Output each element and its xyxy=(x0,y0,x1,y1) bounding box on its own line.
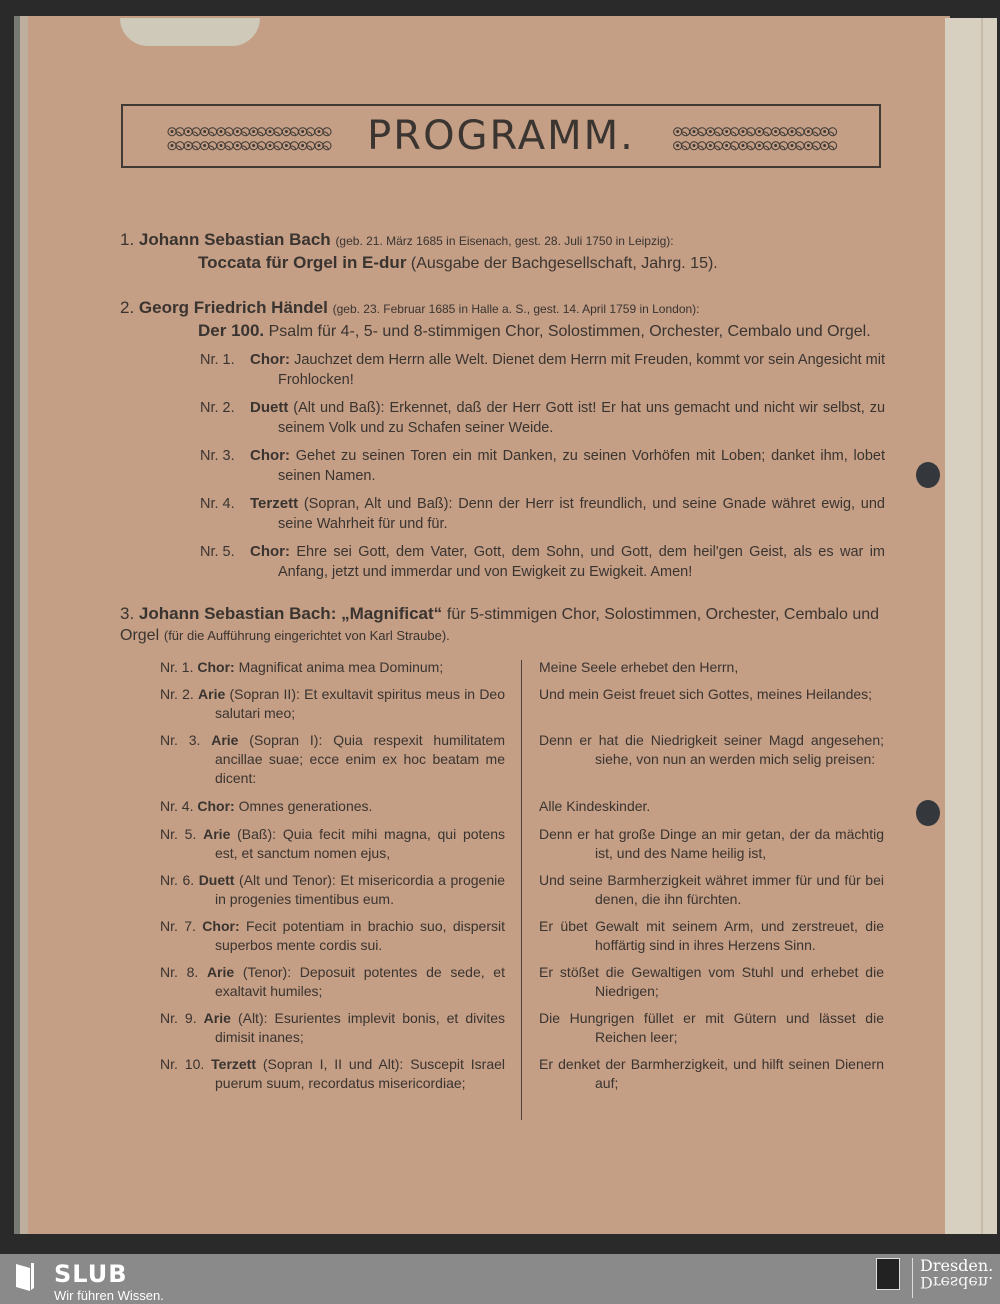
movement-number: Nr. 3. xyxy=(200,446,250,466)
movement-voices: (Sopran I, II und Alt): xyxy=(263,1056,403,1072)
german-translation: Die Hungrigen füllet er mit Gütern und l… xyxy=(539,1009,884,1055)
movement-item: Nr. 4.Terzett (Sopran, Alt und Baß): Den… xyxy=(160,494,885,534)
binding-strip xyxy=(945,18,997,1234)
movement-voices: (Tenor): xyxy=(243,964,291,980)
composer-name: Georg Friedrich Händel xyxy=(139,298,328,317)
movement-voices: (Alt und Tenor): xyxy=(239,872,336,888)
movement-number: Nr. 10. xyxy=(160,1056,204,1072)
latin-movement: Nr. 7. Chor: Fecit potentiam in brachio … xyxy=(160,917,505,963)
slub-brand[interactable]: SLUB xyxy=(54,1260,128,1288)
movement-number: Nr. 9. xyxy=(160,1010,197,1026)
work-title: Toccata für Orgel in E-dur xyxy=(198,253,406,272)
movement-number: Nr. 8. xyxy=(160,964,198,980)
movement-voices: (Sopran, Alt und Baß): xyxy=(304,496,453,512)
movement-type: Duett xyxy=(199,872,235,888)
german-translation: Denn er hat die Niedrigkeit seiner Magd … xyxy=(539,731,884,797)
movement-voices: (Alt): xyxy=(238,1010,268,1026)
item-number: 2. xyxy=(120,298,134,317)
work-note: (für die Aufführung eingerichtet von Kar… xyxy=(164,628,450,643)
movement-item: Nr. 5.Chor: Ehre sei Gott, dem Vater, Go… xyxy=(160,542,885,582)
movement-item: Nr. 2.Duett (Alt und Baß): Erkennet, daß… xyxy=(160,398,885,438)
page-title: PROGRAMM. xyxy=(367,113,635,159)
footer-divider xyxy=(912,1258,913,1298)
program-item-3: 3. Johann Sebastian Bach: „Magnificat“ f… xyxy=(120,604,885,1121)
punch-hole xyxy=(916,462,940,488)
program-item-2: 2. Georg Friedrich Händel (geb. 23. Febr… xyxy=(120,298,885,582)
movement-number: Nr. 6. xyxy=(160,872,194,888)
latin-movement: Nr. 3. Arie (Sopran I): Quia respexit hu… xyxy=(160,731,505,797)
movement-text: Ehre sei Gott, dem Vater, Gott, dem Sohn… xyxy=(278,544,885,580)
work-title: Der 100. xyxy=(198,321,264,340)
latin-movement: Nr. 6. Duett (Alt und Tenor): Et miseric… xyxy=(160,871,505,917)
german-translation: Und mein Geist freuet sich Gottes, meine… xyxy=(539,685,884,731)
tape-remnant xyxy=(120,18,260,46)
slub-book-icon[interactable] xyxy=(14,1262,36,1292)
movement-type: Arie xyxy=(207,964,234,980)
magnificat-text-columns: Nr. 1. Chor: Magnificat anima mea Dominu… xyxy=(120,658,885,1121)
scroll-ornament-left-icon: ꩩꩩꩩꩩꩩꩩꩩꩩꩩꩩꩩꩩꩩꩩꩩꩩꩩꩩꩩꩩ xyxy=(143,122,353,150)
movement-voices: (Baß): xyxy=(237,826,276,842)
movement-number: Nr. 7. xyxy=(160,918,196,934)
movement-number: Nr. 2. xyxy=(160,686,194,702)
work-title: „Magnificat“ xyxy=(341,604,442,623)
dresden-wordmark-mirror: Dresden. xyxy=(920,1274,993,1290)
movement-number: Nr. 4. xyxy=(200,494,250,514)
german-translation: Denn er hat große Dinge an mir getan, de… xyxy=(539,825,884,871)
item-number: 1. xyxy=(120,230,134,249)
composer-dates: (geb. 23. Februar 1685 in Halle a. S., g… xyxy=(333,302,700,316)
latin-movement: Nr. 10. Terzett (Sopran I, II und Alt): … xyxy=(160,1055,505,1121)
german-translation: Er denket der Barmherzigkeit, und hilft … xyxy=(539,1055,884,1121)
movement-type: Chor: xyxy=(250,351,290,368)
latin-movement: Nr. 9. Arie (Alt): Esurientes implevit b… xyxy=(160,1009,505,1055)
latin-movement: Nr. 4. Chor: Omnes generationes. xyxy=(160,797,505,825)
movement-number: Nr. 2. xyxy=(200,398,250,418)
latin-text: Fecit potentiam in brachio suo, dispersi… xyxy=(215,918,505,953)
viewer-footer: SLUB Wir führen Wissen. Dresden. Dresden… xyxy=(0,1254,1000,1304)
movement-number: Nr. 1. xyxy=(200,350,250,370)
program-item-1: 1. Johann Sebastian Bach (geb. 21. März … xyxy=(120,230,885,274)
strip-fold xyxy=(981,18,983,1234)
movement-number: Nr. 5. xyxy=(160,826,196,842)
latin-text: Omnes generationes. xyxy=(239,798,373,814)
german-translation: Meine Seele erhebet den Herrn, xyxy=(539,658,884,685)
column-divider xyxy=(521,660,522,1120)
movement-type: Duett xyxy=(250,399,288,416)
composer-name: Johann Sebastian Bach: xyxy=(139,604,336,623)
german-translation: Er stößet die Gewaltigen vom Stuhl und e… xyxy=(539,963,884,1009)
movement-type: Arie xyxy=(204,1010,231,1026)
movement-number: Nr. 4. xyxy=(160,798,193,814)
movement-number: Nr. 3. xyxy=(160,732,200,748)
composer-name: Johann Sebastian Bach xyxy=(139,230,331,249)
german-translation: Und seine Barmherzigkeit währet immer fü… xyxy=(539,871,884,917)
paper-edge-stain xyxy=(14,16,28,1234)
movement-type: Chor: xyxy=(250,447,290,464)
latin-movement: Nr. 5. Arie (Baß): Quia fecit mihi magna… xyxy=(160,825,505,871)
movement-voices: (Alt und Baß): xyxy=(293,400,384,416)
latin-text: Magnificat anima mea Dominum; xyxy=(239,659,444,675)
movement-type: Arie xyxy=(203,826,230,842)
movement-type: Arie xyxy=(198,686,225,702)
movement-number: Nr. 5. xyxy=(200,542,250,562)
movement-item: Nr. 3.Chor: Gehet zu seinen Toren ein mi… xyxy=(160,446,885,486)
latin-movement: Nr. 1. Chor: Magnificat anima mea Dominu… xyxy=(160,658,505,685)
work-description: Psalm für 4-, 5- und 8-stimmigen Chor, S… xyxy=(269,323,871,340)
latin-movement: Nr. 8. Arie (Tenor): Deposuit potentes d… xyxy=(160,963,505,1009)
program-content: 1. Johann Sebastian Bach (geb. 21. März … xyxy=(120,230,885,1121)
dresden-coat-of-arms-icon xyxy=(876,1258,900,1290)
movement-voices: (Sopran I): xyxy=(249,732,322,748)
german-translation: Alle Kindeskinder. xyxy=(539,797,884,825)
movement-type: Chor: xyxy=(197,659,234,675)
composer-dates: (geb. 21. März 1685 in Eisenach, gest. 2… xyxy=(335,234,673,248)
dresden-logo[interactable]: Dresden. Dresden. xyxy=(920,1258,993,1290)
item-number: 3. xyxy=(120,604,134,623)
punch-hole xyxy=(916,800,940,826)
movement-voices: (Sopran II): xyxy=(230,686,300,702)
movement-type: Chor: xyxy=(202,918,239,934)
slub-tagline: Wir führen Wissen. xyxy=(54,1288,164,1303)
german-translation: Er übet Gewalt mit seinem Arm, und zerst… xyxy=(539,917,884,963)
movement-item: Nr. 1.Chor: Jauchzet dem Herrn alle Welt… xyxy=(160,350,885,390)
movement-type: Terzett xyxy=(211,1056,256,1072)
latin-movement: Nr. 2. Arie (Sopran II): Et exultavit sp… xyxy=(160,685,505,731)
german-column: Meine Seele erhebet den Herrn, Und mein … xyxy=(539,658,884,1121)
movement-type: Chor: xyxy=(197,798,234,814)
movement-type: Chor: xyxy=(250,543,290,560)
latin-column: Nr. 1. Chor: Magnificat anima mea Dominu… xyxy=(160,658,505,1121)
movement-number: Nr. 1. xyxy=(160,659,193,675)
program-header: ꩩꩩꩩꩩꩩꩩꩩꩩꩩꩩꩩꩩꩩꩩꩩꩩꩩꩩꩩꩩ PROGRAMM. ꩩꩩꩩꩩꩩꩩꩩꩩꩩ… xyxy=(121,104,881,168)
scroll-ornament-right-icon: ꩩꩩꩩꩩꩩꩩꩩꩩꩩꩩꩩꩩꩩꩩꩩꩩꩩꩩꩩꩩ xyxy=(649,122,859,150)
movement-text: Gehet zu seinen Toren ein mit Danken, zu… xyxy=(278,448,885,484)
movement-type: Arie xyxy=(211,732,238,748)
movement-type: Terzett xyxy=(250,495,298,512)
work-note: (Ausgabe der Bachgesellschaft, Jahrg. 15… xyxy=(411,255,718,272)
movement-text: Jauchzet dem Herrn alle Welt. Dienet dem… xyxy=(278,352,885,388)
